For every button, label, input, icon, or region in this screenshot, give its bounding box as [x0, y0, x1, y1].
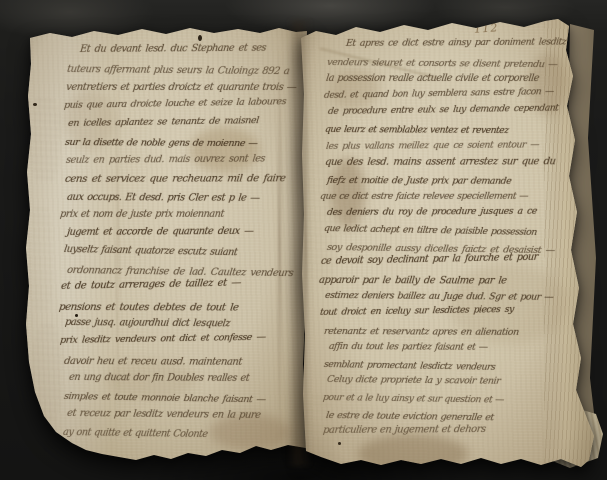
manuscript-text-line: aux occups. Et desd. pris Cler est p le … [66, 193, 260, 204]
manuscript-text-line: Et du devant lesd. duc Stephane et ses [79, 44, 266, 55]
manuscript-text-line: de procedure entre eulx se luy demande c… [327, 104, 558, 117]
manuscript-text-line: simples et toute monnoie blanche faisant… [63, 392, 266, 405]
manuscript-text-line: tuteurs affermant plus seurs la Culoingz… [66, 65, 289, 77]
manuscript-text-line: retenantz et reservantz apres en alienat… [324, 327, 520, 338]
gutter-shadow [288, 20, 312, 466]
manuscript-text-line: que ce dict estre faicte relevee speciel… [319, 192, 528, 201]
manuscript-text-line: ventretiers et parties droictz et quaran… [66, 83, 297, 93]
right-page-parchment: 112 Et apres ce dict estre ainsy par don… [298, 14, 600, 472]
manuscript-text-line: et de toutz arrerages de taillez et — [61, 278, 242, 292]
manuscript-text-line: que des lesd. mains assent arrestez sur … [324, 158, 555, 169]
manuscript-text-line: jugemt et accorde de quarante deux — [67, 227, 255, 238]
manuscript-text-line: en ung ducat dor fin Doubles realles et [68, 373, 249, 384]
manuscript-text-line: en icelles aplantez se tenantz de maisne… [67, 116, 259, 129]
manuscript-text-line: tout droict en iceluy sur lesdictes piec… [319, 305, 514, 317]
manuscript-text-line: passe jusq. aujourdhui dict lesquelz [65, 318, 231, 329]
manuscript-text-line: ay ont quitte et quittent Colonte [62, 428, 208, 440]
manuscript-text-line: pensions et toutes debtes de tout le [58, 302, 239, 313]
manuscript-text-line: prix et nom de juste prix moiennant [59, 210, 224, 220]
manuscript-text-line: apparoir par le bailly de Saulme par le [318, 276, 507, 286]
manuscript-text-line: vendeurs sieuret et consorts se disent p… [326, 58, 557, 70]
manuscript-text-line: ce devoit soy declinant par la fourche e… [321, 253, 539, 267]
manuscript-text-line: luyseltz faisant quatorze escutz suiant [63, 245, 238, 258]
manuscript-text-line: estimez deniers baillez au Juge dud. Sgr… [325, 291, 554, 302]
manuscript-text-line: des deniers du roy de procedure jusques … [327, 207, 538, 218]
manuscript-text-line: prix lesditz vendeurs ont dict et confes… [59, 333, 266, 346]
manuscript-text-line: pour et a le luy ainsy et sur question e… [322, 393, 504, 405]
handwritten-text-block: Et apres ce dict estre ainsy par donimen… [298, 14, 600, 472]
manuscript-text-line: Celuy dicte propriete la y scavoir tenir [327, 375, 501, 386]
manuscript-text-line: la possession realle actuelle civile et … [326, 74, 540, 84]
manuscript-text-line: Et apres ce dict estre ainsy par donimen… [345, 37, 566, 48]
manuscript-text-line: affin du tout les partiez faisant et — [328, 342, 488, 352]
manuscript-text-line: les plus vallans meillez que ce soient e… [326, 140, 540, 151]
left-page: Et du devant lesd. duc Stephane et sestu… [16, 24, 308, 464]
manuscript-text-line: le estre de toute eviction generalle et [325, 411, 494, 423]
manuscript-text-line: seulz en parties dud. mais ouvrez sont l… [66, 155, 266, 166]
manuscript-text-line: semblant promectant lesdictz vendeurs [323, 360, 495, 372]
manuscript-text-line: que leurz et semblablez ventez et revent… [325, 125, 510, 135]
manuscript-text-line: et receuz par lesditz vendeurs en la pur… [67, 409, 262, 421]
manuscript-text-line: cens et servicez que recheuanz mil de fa… [64, 174, 286, 185]
manuscript-text-line: ordonnancz franchise de lad. Caultez ven… [66, 266, 293, 279]
left-page-parchment: Et du devant lesd. duc Stephane et sestu… [16, 24, 308, 464]
right-page: 112 Et apres ce dict estre ainsy par don… [298, 14, 600, 472]
handwritten-text-block: Et du devant lesd. duc Stephane et sestu… [16, 24, 308, 464]
manuscript-text-line: puis que aura droicte louche et seize la… [64, 98, 287, 111]
manuscript-text-line: davoir heu et receu ausd. maintenant [64, 357, 243, 368]
manuscript-text-line: particuliere en jugement et dehors [323, 425, 487, 436]
manuscript-text-line: desd. et quand bon luy semblera sans est… [324, 87, 555, 100]
photo-background: Et du devant lesd. duc Stephane et sestu… [0, 0, 607, 480]
manuscript-text-line: que ledict achept en tiltre de paisible … [323, 224, 537, 237]
manuscript-text-line: sur la disette de noble gens de moienne … [65, 138, 259, 149]
manuscript-text-line: fiefz et moitie de Juste prix par demand… [326, 176, 511, 186]
